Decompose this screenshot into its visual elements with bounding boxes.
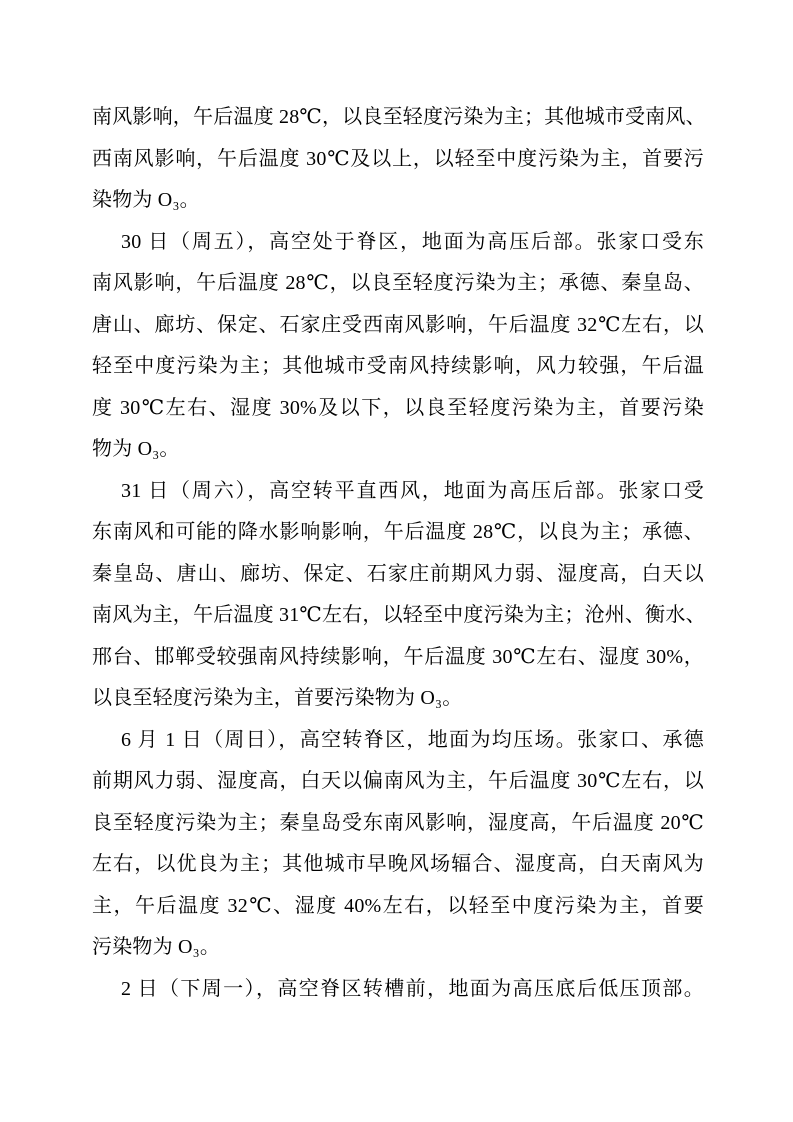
text-line: 前期风力弱、湿度高，白天以偏南风为主，午后温度 30℃左右，以 <box>92 761 704 803</box>
text-line: 污染物为 O₃。 <box>92 927 704 969</box>
text-line: 唐山、廊坊、保定、石家庄受西南风影响，午后温度 32℃左右，以 <box>92 305 704 347</box>
text-line: 物为 O₃。 <box>92 429 704 471</box>
text-line: 西南风影响，午后温度 30℃及以上，以轻至中度污染为主，首要污 <box>92 139 704 181</box>
text-line: 染物为 O₃。 <box>92 180 704 222</box>
text-line: 南风影响，午后温度 28℃，以良至轻度污染为主；其他城市受南风、 <box>92 97 704 139</box>
text-line: 度 30℃左右、湿度 30%及以下，以良至轻度污染为主，首要污染 <box>92 388 704 430</box>
text-line: 轻至中度污染为主；其他城市受南风持续影响，风力较强，午后温 <box>92 346 704 388</box>
text-line: 30 日（周五），高空处于脊区，地面为高压后部。张家口受东 <box>92 222 704 264</box>
document-page: 南风影响，午后温度 28℃，以良至轻度污染为主；其他城市受南风、 西南风影响，午… <box>0 0 793 1122</box>
text-line: 南风影响，午后温度 28℃，以良至轻度污染为主；承德、秦皇岛、 <box>92 263 704 305</box>
text-line: 邢台、邯郸受较强南风持续影响，午后温度 30℃左右、湿度 30%， <box>92 637 704 679</box>
text-line: 以良至轻度污染为主，首要污染物为 O₃。 <box>92 678 704 720</box>
text-line: 31 日（周六），高空转平直西风，地面为高压后部。张家口受 <box>92 471 704 513</box>
text-line: 秦皇岛、唐山、廊坊、保定、石家庄前期风力弱、湿度高，白天以 <box>92 554 704 596</box>
text-line: 主，午后温度 32℃、湿度 40%左右，以轻至中度污染为主，首要 <box>92 886 704 928</box>
text-line: 2 日（下周一），高空脊区转槽前，地面为高压底后低压顶部。 <box>92 969 704 1011</box>
text-line: 东南风和可能的降水影响影响，午后温度 28℃，以良为主；承德、 <box>92 512 704 554</box>
text-line: 6 月 1 日（周日），高空转脊区，地面为均压场。张家口、承德 <box>92 720 704 762</box>
text-line: 左右，以优良为主；其他城市早晚风场辐合、湿度高，白天南风为 <box>92 844 704 886</box>
text-line: 南风为主，午后温度 31℃左右，以轻至中度污染为主；沧州、衡水、 <box>92 595 704 637</box>
text-line: 良至轻度污染为主；秦皇岛受东南风影响，湿度高，午后温度 20℃ <box>92 803 704 845</box>
